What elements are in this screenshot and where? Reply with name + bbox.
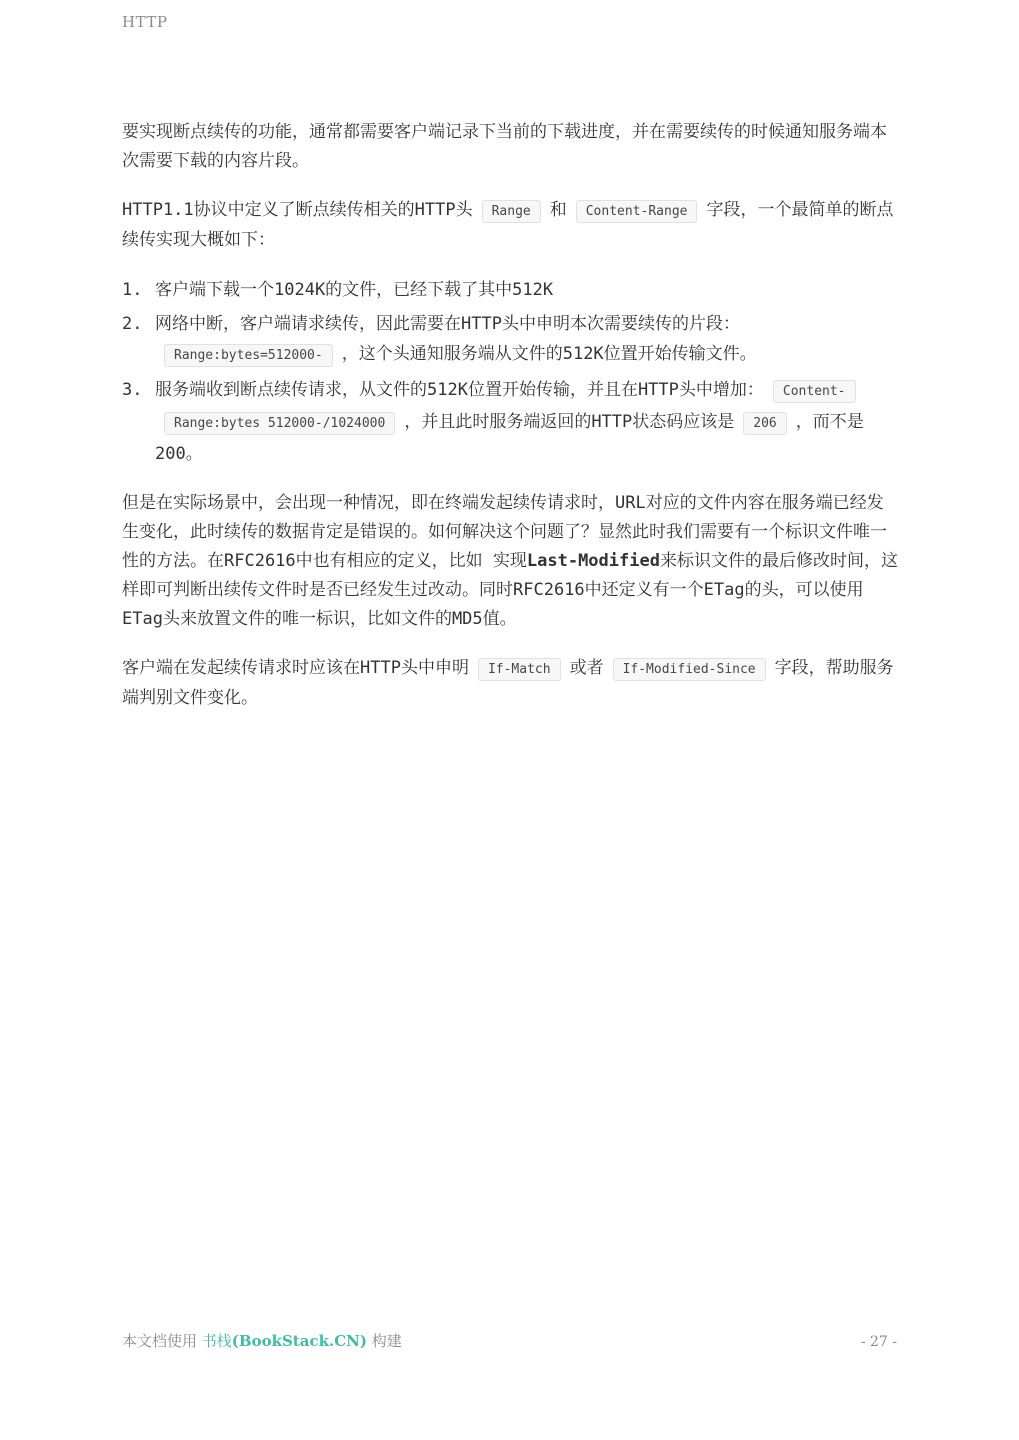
bookstack-link-cn: 书栈 [202,1332,232,1350]
paragraph-text: 客户端在发起续传请求时应该在HTTP头中申明 [122,658,469,678]
bookstack-link-en: (BookStack.CN) [232,1332,367,1350]
list-item-text: 客户端下载一个1024K的文件，已经下载了其中512K [155,280,553,300]
inline-code-range-bytes: Range:bytes=512000- [164,344,333,367]
page-number: - 27 - [861,1334,897,1350]
inline-code-range: Range [482,200,541,223]
document-body: 要实现断点续传的功能，通常都需要客户端记录下当前的下载进度，并在需要续传的时候通… [122,118,898,733]
resume-steps-list: 1. 客户端下载一个1024K的文件，已经下载了其中512K 2. 网络中断，客… [122,275,898,469]
list-item-text: 服务端收到断点续传请求，从文件的512K位置开始传输，并且在HTTP头中增加： [155,380,764,400]
list-item-text: ，并且此时服务端返回的HTTP状态码应该是 [404,412,734,432]
inline-code-if-match: If-Match [478,658,561,681]
footer-text-prefix: 本文档使用 [122,1332,202,1350]
footer-builder-note: 本文档使用 书栈(BookStack.CN) 构建 [122,1330,402,1351]
paragraph-text: 要实现断点续传的功能，通常都需要客户端记录下当前的下载进度，并在需要续传的时候通… [122,122,887,171]
list-item: 2. 网络中断，客户端请求续传，因此需要在HTTP头中申明本次需要续传的片段：R… [122,309,898,371]
inline-code-if-modified-since: If-Modified-Since [613,658,766,681]
footer-text-suffix: 构建 [367,1332,402,1350]
paragraph-text: HTTP1.1协议中定义了断点续传相关的HTTP头 [122,200,473,220]
paragraph-etag: 但是在实际场景中，会出现一种情况，即在终端发起续传请求时，URL对应的文件内容在… [122,489,898,634]
paragraph-text: 和 [550,200,567,220]
list-item-number: 3. [122,375,142,405]
list-item-number: 1. [122,275,142,305]
paragraph-http-headers: HTTP1.1协议中定义了断点续传相关的HTTP头Range和Content-R… [122,196,898,255]
bookstack-link[interactable]: 书栈(BookStack.CN) [202,1332,367,1350]
page-footer: 本文档使用 书栈(BookStack.CN) 构建 - 27 - [122,1330,897,1351]
list-item-text: ，这个头通知服务端从文件的512K位置开始传输文件。 [342,344,757,364]
list-item: 1. 客户端下载一个1024K的文件，已经下载了其中512K [122,275,898,305]
paragraph-intro: 要实现断点续传的功能，通常都需要客户端记录下当前的下载进度，并在需要续传的时候通… [122,118,898,176]
inline-code-content-range: Content-Range [576,200,698,223]
list-item-text: 网络中断，客户端请求续传，因此需要在HTTP头中申明本次需要续传的片段： [155,314,740,334]
bold-last-modified: Last-Modified [527,551,660,571]
inline-code-206: 206 [743,412,786,435]
list-item: 3. 服务端收到断点续传请求，从文件的512K位置开始传输，并且在HTTP头中增… [122,375,898,469]
list-item-number: 2. [122,309,142,339]
page-header-title: HTTP [122,13,167,31]
paragraph-if-match: 客户端在发起续传请求时应该在HTTP头中申明If-Match或者If-Modif… [122,654,898,713]
paragraph-text: 或者 [570,658,604,678]
